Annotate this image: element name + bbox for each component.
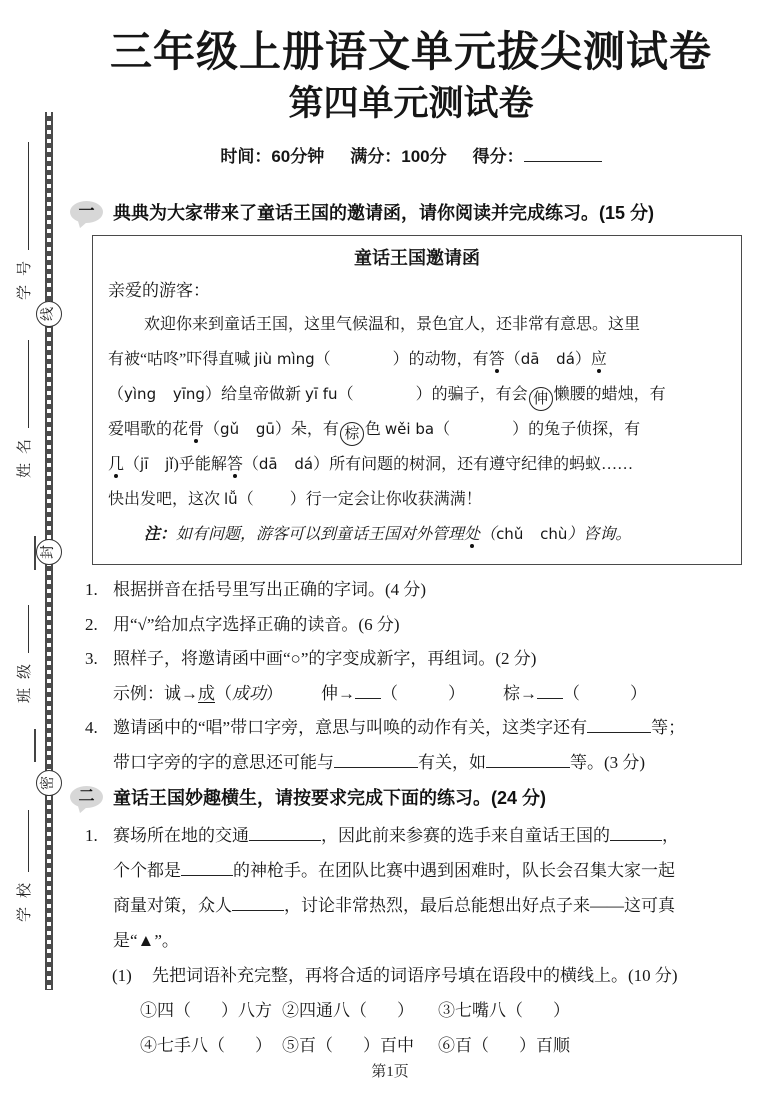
text-run: ）行一定会让你收获满满！ (290, 491, 482, 508)
text-row: 注：如有问题，游客可以到童话王国对外管理处（chǔ chù）咨询。 (108, 517, 726, 552)
text-run: ）的兔子侦探，有 (512, 421, 640, 438)
item-number: 2. (85, 608, 98, 643)
item-number: (1) (112, 958, 132, 993)
seal-char-mi: 密 (36, 770, 62, 796)
text-run: 根据拼音在括号里写出正确的字词。(4 分) (113, 580, 426, 599)
pinyin-text: yī fu (305, 385, 338, 403)
pinyin-text: yìng yīng (124, 385, 205, 403)
paren-gap (333, 1050, 363, 1051)
section-one-header: 一 典典为大家带来了童话王国的邀请函，请你阅读并完成练习。(15 分) (70, 199, 752, 225)
item-number: 1. (85, 573, 98, 608)
item-number: 4. (85, 711, 98, 746)
text-run: （ (315, 351, 331, 368)
section-one-marker: 一 (70, 201, 103, 223)
text-run: 爱唱歌的花 (108, 421, 188, 438)
text-run: 成 (198, 684, 215, 703)
paren-gap (283, 698, 321, 699)
text-run: ，因此前来参赛的选手来自童话王国的 (321, 826, 610, 845)
section-two-header: 二 童话王国妙趣横生，请按要求完成下面的练习。(24 分) (70, 784, 752, 810)
text-row: ④七手八（）⑤百（）百中⑥百（）百顺 (70, 1028, 752, 1063)
class-blank (27, 605, 29, 653)
dotted-char: 答 (227, 456, 243, 473)
text-run: 注： (144, 526, 176, 543)
paren-gap (414, 1050, 438, 1051)
text-run: ）八方 (221, 1001, 272, 1020)
text-run: ）给皇帝做新 (205, 386, 305, 403)
text-run: ）的骗子，有会 (416, 386, 528, 403)
dotted-char: 应 (591, 351, 607, 368)
page-number: 第1页 (0, 1060, 780, 1081)
item-number: 1. (85, 818, 98, 853)
pinyin-text: lǚ (224, 490, 238, 508)
text-run: 伸→ (321, 684, 355, 703)
pinyin-text: dā dá (521, 350, 575, 368)
text-run: ）百中 (363, 1036, 414, 1055)
dotted-char: 处 (464, 526, 480, 543)
answer-blank (249, 839, 321, 841)
text-row: 2.用“√”给加点字选择正确的读音。(6 分) (70, 608, 752, 643)
seal-side-line (34, 729, 36, 762)
paren-gap (489, 1050, 519, 1051)
section-one-heading: 典典为大家带来了童话王国的邀请函，请你阅读并完成练习。(15 分) (113, 199, 654, 225)
score-blank (524, 160, 602, 162)
answer-blank (334, 766, 418, 768)
text-run: 棕→ (503, 684, 537, 703)
text-row: 欢迎你来到童话王国，这里气候温和，景色宜人，还非常有意思。这里 (108, 308, 726, 342)
section-two-questions: 1.赛场所在地的交通，因此前来参赛的选手来自童话王国的，个个都是的神枪手。在团队… (70, 818, 752, 1063)
text-run: 先把词语补充完整，再将合适的词语序号填在语段中的横线上。(10 分) (152, 966, 678, 985)
class-label: 班级 (17, 655, 33, 703)
pinyin-text: jiù mìng (254, 350, 314, 368)
text-run: ③七嘴八（ (438, 1001, 523, 1020)
text-run: （ (243, 456, 259, 473)
seal-char-feng: 封 (36, 539, 62, 565)
student-name-label: 姓名 (17, 430, 33, 478)
paren-gap (254, 503, 290, 504)
text-run: ，讨论非常热烈，最后总能想出好点子来——这可真 (284, 896, 675, 915)
text-run: ）所有问题的树洞，还有遵守纪律的蚂蚁…… (313, 456, 633, 473)
text-run: （ (204, 421, 220, 438)
invitation-salutation: 亲爱的游客： (108, 274, 726, 308)
paren-gap (191, 1015, 221, 1016)
page-subtitle: 第四单元测试卷 (70, 81, 752, 127)
text-row: ①四（）八方②四通八（）③七嘴八（） (70, 993, 752, 1028)
answer-blank (610, 839, 662, 841)
paren-gap (580, 698, 630, 699)
seal-char-feng-text: 封 (37, 540, 61, 564)
text-run: ） (575, 351, 591, 368)
text-run: （ (381, 684, 398, 703)
text-run: ②四通八（ (282, 1001, 367, 1020)
text-run: 的神枪手。在团队比赛中遇到困难时，队长会召集大家一起 (233, 861, 675, 880)
item-number: 3. (85, 642, 98, 677)
student-name-blank (27, 340, 29, 428)
text-run: （ (215, 684, 232, 703)
pinyin-text: wěi ba (385, 420, 434, 438)
text-run: 如有问题，游客可以到童话王国对外管理 (176, 526, 464, 543)
text-row: 个个都是的神枪手。在团队比赛中遇到困难时，队长会召集大家一起 (70, 853, 752, 888)
seal-char-line-text: 线 (37, 302, 61, 326)
section-two-marker: 二 (70, 786, 103, 808)
paren-gap (354, 398, 416, 399)
text-run: ⑤百（ (282, 1036, 333, 1055)
invitation-body: 欢迎你来到童话王国，这里气候温和，景色宜人，还非常有意思。这里有被“咕咚”吓得直… (108, 308, 726, 552)
invitation-title: 童话王国邀请函 (108, 242, 726, 274)
text-run: ⑥百（ (438, 1036, 489, 1055)
pinyin-text: gǔ gū (220, 420, 275, 438)
school-field: 学校 (14, 810, 36, 922)
text-run: 欢迎你来到童话王国，这里气候温和，景色宜人，还非常有意思。这里 (144, 316, 640, 333)
text-run: （ (108, 386, 124, 403)
text-run: ） (448, 684, 465, 703)
paper-content: 三年级上册语文单元拔尖测试卷 第四单元测试卷 时间：60分钟 满分：100分 得… (70, 0, 752, 1063)
text-run: （ (563, 684, 580, 703)
exam-paper-page: { "header": { "title_line1": "三年级上册语文单元拔… (0, 0, 780, 1103)
text-run: （ (124, 456, 140, 473)
text-run: 邀请函中的“唱”带口字旁，意思与叫唤的动作有关，这类字还有 (113, 718, 587, 737)
text-run: 用“√”给加点字选择正确的读音。(6 分) (113, 615, 400, 634)
meta-score-label: 得分： (473, 147, 524, 166)
text-run: 等。(3 分) (570, 753, 645, 772)
text-run: 懒腰的蜡烛，有 (554, 386, 666, 403)
text-run: ） (553, 1001, 570, 1020)
text-run: 个个都是 (113, 861, 181, 880)
text-row: 4.邀请函中的“唱”带口字旁，意思与叫唤的动作有关，这类字还有等； (70, 711, 752, 746)
pinyin-text: dā dá (259, 455, 313, 473)
text-row: 示例：诚→成（成功）伸→（）棕→（） (70, 677, 752, 712)
pinyin-text: jī jǐ (140, 455, 173, 473)
text-run: ）咨询。 (567, 526, 631, 543)
paren-gap (465, 698, 503, 699)
text-run: 示例：诚→ (113, 684, 198, 703)
paren-gap (398, 698, 448, 699)
answer-blank (587, 731, 651, 733)
text-run: （ (238, 491, 254, 508)
text-run: )乎能解 (173, 456, 226, 473)
dotted-char: 几 (108, 456, 124, 473)
paren-gap (450, 433, 512, 434)
circled-char: 棕 (340, 422, 364, 446)
text-row: 爱唱歌的花骨（gǔ gū）朵，有棕色 wěi ba（）的兔子侦探，有 (108, 412, 726, 447)
text-run: 快出发吧，这次 (108, 491, 224, 508)
text-run: 照样子，将邀请函中画“○”的字变成新字，再组词。(2 分) (113, 649, 536, 668)
text-row: 3.照样子，将邀请函中画“○”的字变成新字，再组词。(2 分) (70, 642, 752, 677)
answer-blank (232, 909, 284, 911)
text-run: ④七手八（ (140, 1036, 225, 1055)
paren-gap (272, 1015, 282, 1016)
student-id-label: 学号 (17, 252, 33, 300)
text-run: 赛场所在地的交通 (113, 826, 249, 845)
text-run: ） (255, 1036, 272, 1055)
paren-gap (367, 1015, 397, 1016)
invitation-box: 童话王国邀请函 亲爱的游客： 欢迎你来到童话王国，这里气候温和，景色宜人，还非常… (92, 235, 742, 565)
pinyin-text: chǔ chù (496, 525, 567, 543)
text-run: ） (397, 1001, 414, 1020)
text-row: 是“▲”。 (70, 923, 752, 958)
text-run: 色 (365, 421, 385, 438)
text-row: （yìng yīng）给皇帝做新 yī fu（）的骗子，有会伸懒腰的蜡烛，有 (108, 377, 726, 412)
text-row: (1)先把词语补充完整，再将合适的词语序号填在语段中的横线上。(10 分) (70, 958, 752, 993)
meta-full-score: 满分：100分 (350, 142, 446, 167)
text-run: ）百顺 (519, 1036, 570, 1055)
dotted-char: 答 (489, 351, 505, 368)
text-row: 带口字旁的字的意思还可能与有关，如等。(3 分) (70, 746, 752, 781)
text-row: 商量对策，众人，讨论非常热烈，最后总能想出好点子来——这可真 (70, 888, 752, 923)
text-row: 几（jī jǐ)乎能解答（dā dá）所有问题的树洞，还有遵守纪律的蚂蚁…… (108, 447, 726, 482)
text-run: 有被“咕咚”吓得直喊 (108, 351, 254, 368)
page-title: 三年级上册语文单元拔尖测试卷 (70, 26, 752, 81)
answer-blank (537, 697, 563, 699)
dotted-char: 骨 (188, 421, 204, 438)
meta-score: 得分： (473, 142, 602, 167)
text-run: ①四（ (140, 1001, 191, 1020)
text-run: ， (662, 826, 679, 845)
text-run: 是“▲”。 (113, 931, 179, 950)
text-row: 快出发吧，这次 lǚ（）行一定会让你收获满满！ (108, 482, 726, 517)
circled-char: 伸 (529, 387, 553, 411)
answer-blank (486, 766, 570, 768)
text-run: （ (434, 421, 450, 438)
paren-gap (331, 363, 393, 364)
student-id-blank (27, 142, 29, 250)
paren-gap (523, 1015, 553, 1016)
student-id-field: 学号 (14, 142, 36, 300)
text-run: ）的动物，有 (393, 351, 489, 368)
text-run: （ (338, 386, 354, 403)
text-run: （ (505, 351, 521, 368)
paren-gap (225, 1050, 255, 1051)
text-run: 有关，如 (418, 753, 486, 772)
text-run: （ (480, 526, 496, 543)
seal-char-mi-text: 密 (37, 771, 61, 795)
seal-char-line: 线 (36, 301, 62, 327)
answer-blank (181, 874, 233, 876)
section-one-questions: 1.根据拼音在括号里写出正确的字词。(4 分)2.用“√”给加点字选择正确的读音… (70, 573, 752, 780)
paren-gap (272, 1050, 282, 1051)
section-two-heading: 童话王国妙趣横生，请按要求完成下面的练习。(24 分) (113, 784, 546, 810)
school-blank (27, 810, 29, 872)
student-name-field: 姓名 (14, 340, 36, 478)
exam-meta: 时间：60分钟 满分：100分 得分： (70, 142, 752, 167)
class-field: 班级 (14, 605, 36, 703)
answer-blank (355, 697, 381, 699)
school-label: 学校 (17, 874, 33, 922)
text-run: ） (266, 684, 283, 703)
text-run: ）朵，有 (275, 421, 339, 438)
text-run: 成功 (232, 684, 266, 703)
text-run: ） (630, 684, 647, 703)
meta-time: 时间：60分钟 (220, 142, 324, 167)
text-row: 有被“咕咚”吓得直喊 jiù mìng（）的动物，有答（dā dá）应 (108, 342, 726, 377)
text-row: 1.根据拼音在括号里写出正确的字词。(4 分) (70, 573, 752, 608)
text-row: 1.赛场所在地的交通，因此前来参赛的选手来自童话王国的， (70, 818, 752, 853)
paren-gap (414, 1015, 438, 1016)
salutation-text: 亲爱的游客： (108, 281, 210, 300)
text-run: 等； (651, 718, 685, 737)
text-run: 带口字旁的字的意思还可能与 (113, 753, 334, 772)
text-run: 商量对策，众人 (113, 896, 232, 915)
